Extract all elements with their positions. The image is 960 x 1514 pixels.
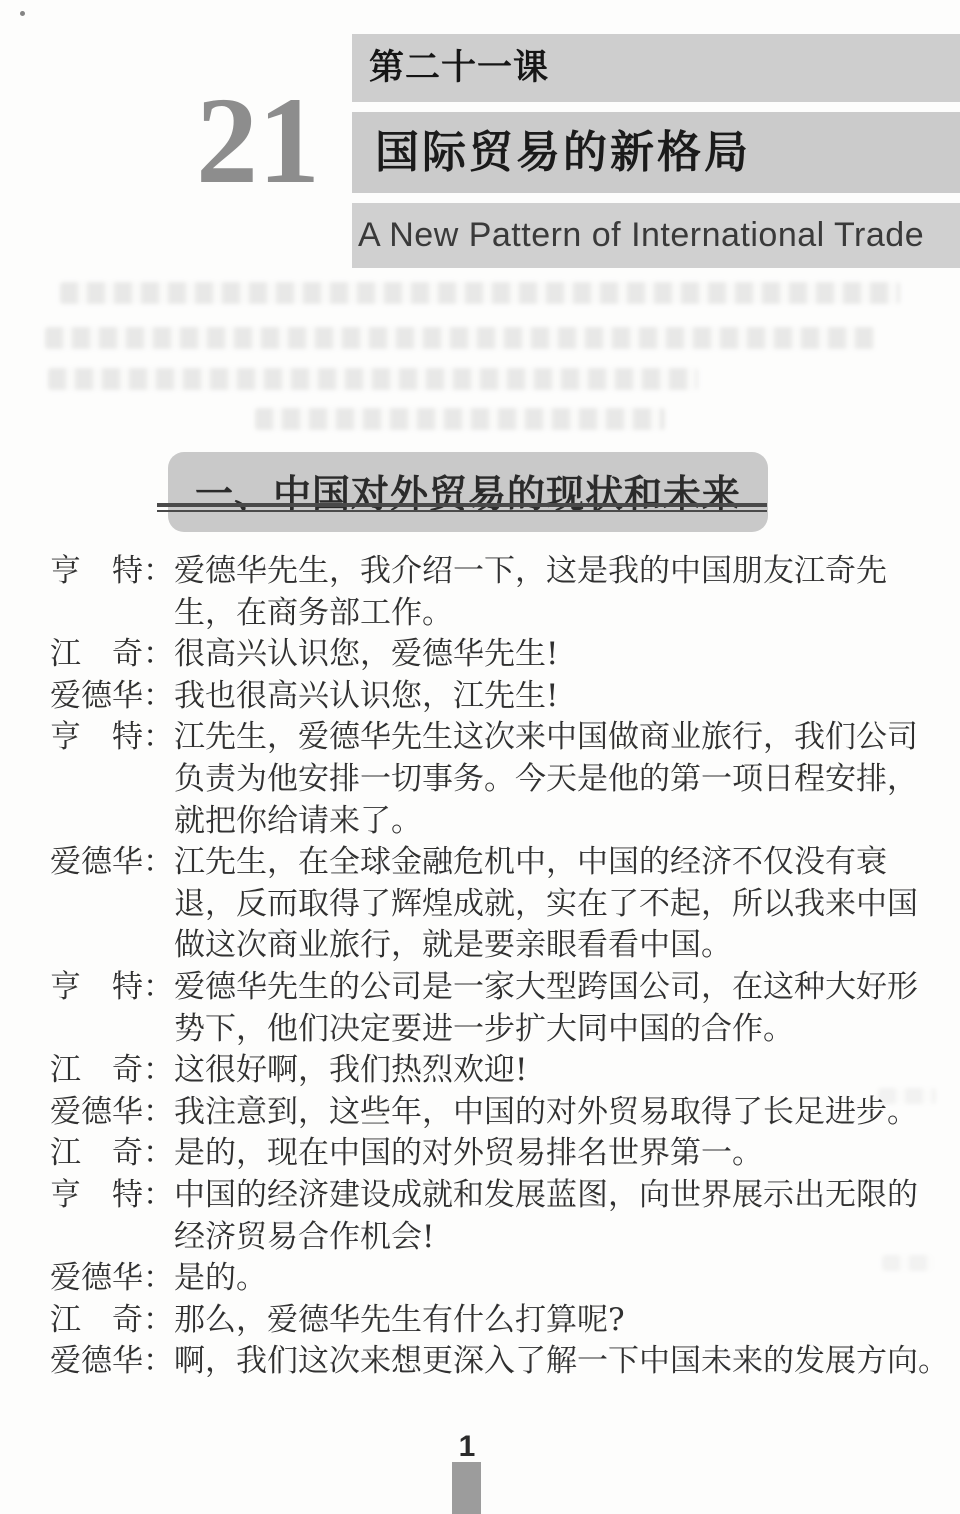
dialogue-line: 我也很高兴认识您，江先生! — [174, 676, 920, 718]
lesson-title-band: 国际贸易的新格局 — [352, 112, 960, 193]
dialogue-text: 亨 特： 爱德华先生，我介绍一下，这是我的中国朋友江奇先 生，在商务部工作。 江… — [50, 551, 920, 1383]
dialogue-entry: 江 奇： 那么，爱德华先生有什么打算呢? — [50, 1300, 920, 1342]
dialogue-line: 是的。 — [174, 1258, 920, 1300]
speaker-name: 江 奇： — [50, 1300, 174, 1342]
dialogue-line: 很高兴认识您，爱德华先生! — [174, 634, 920, 676]
speaker-name: 江 奇： — [50, 1050, 174, 1092]
dialogue-line: 中国的经济建设成就和发展蓝图，向世界展示出无限的 — [174, 1175, 920, 1217]
dialogue-entry: 江 奇： 这很好啊，我们热烈欢迎! — [50, 1050, 920, 1092]
lesson-title-en: A New Pattern of International Trade — [352, 203, 960, 268]
speaker-name: 爱德华： — [50, 1092, 174, 1134]
lesson-label: 第二十一课 — [352, 34, 960, 102]
dialogue-line: 就把你给请来了。 — [174, 801, 920, 843]
lesson-title-zh: 国际贸易的新格局 — [352, 112, 960, 193]
dialogue-line: 爱德华先生的公司是一家大型跨国公司，在这种大好形 — [174, 967, 920, 1009]
textbook-page: 第二十一课 21 国际贸易的新格局 A New Pattern of Inter… — [0, 0, 960, 1514]
dialogue-line: 势下，他们决定要进一步扩大同中国的合作。 — [174, 1009, 920, 1051]
dialogue-entry: 爱德华： 啊，我们这次来想更深入了解一下中国未来的发展方向。 — [50, 1341, 920, 1383]
lesson-number: 21 — [196, 79, 318, 203]
speaker-name: 爱德华： — [50, 676, 174, 718]
bleed-through-row — [48, 368, 698, 390]
dialogue-entry: 爱德华： 是的。 — [50, 1258, 920, 1300]
speaker-name: 亨 特： — [50, 551, 174, 593]
dialogue-line: 退，反而取得了辉煌成就，实在了不起，所以我来中国 — [174, 884, 920, 926]
dialogue-line: 我注意到，这些年，中国的对外贸易取得了长足进步。 — [174, 1092, 920, 1134]
speaker-name: 爱德华： — [50, 842, 174, 884]
dialogue-line: 江先生，在全球金融危机中，中国的经济不仅没有衰 — [174, 842, 920, 884]
dialogue-line: 爱德华先生，我介绍一下，这是我的中国朋友江奇先 — [174, 551, 920, 593]
dialogue-line: 负责为他安排一切事务。今天是他的第一项日程安排， — [174, 759, 920, 801]
dialogue-line: 江先生，爱德华先生这次来中国做商业旅行，我们公司 — [174, 717, 920, 759]
section-rule-thick — [157, 503, 767, 507]
footer-decoration-block — [452, 1462, 481, 1514]
dialogue-line: 啊，我们这次来想更深入了解一下中国未来的发展方向。 — [174, 1341, 920, 1383]
dialogue-entry: 亨 特： 江先生，爱德华先生这次来中国做商业旅行，我们公司 负责为他安排一切事务… — [50, 717, 920, 842]
bleed-through-row — [45, 327, 875, 349]
section-rule-thin — [157, 510, 767, 512]
bleed-through-row — [60, 282, 900, 304]
dialogue-line: 做这次商业旅行，就是要亲眼看看中国。 — [174, 925, 920, 967]
dialogue-entry: 亨 特： 爱德华先生的公司是一家大型跨国公司，在这种大好形 势下，他们决定要进一… — [50, 967, 920, 1050]
speaker-name: 亨 特： — [50, 717, 174, 759]
dialogue-line: 是的，现在中国的对外贸易排名世界第一。 — [174, 1133, 920, 1175]
dialogue-entry: 江 奇： 是的，现在中国的对外贸易排名世界第一。 — [50, 1133, 920, 1175]
scan-speck — [20, 11, 25, 16]
dialogue-entry: 爱德华： 我注意到，这些年，中国的对外贸易取得了长足进步。 — [50, 1092, 920, 1134]
dialogue-line: 这很好啊，我们热烈欢迎! — [174, 1050, 920, 1092]
dialogue-entry: 江 奇： 很高兴认识您，爱德华先生! — [50, 634, 920, 676]
section-heading-bar: 一、中国对外贸易的现状和未来 — [168, 452, 768, 532]
page-number: 1 — [437, 1430, 497, 1464]
dialogue-entry: 亨 特： 中国的经济建设成就和发展蓝图，向世界展示出无限的 经济贸易合作机会! — [50, 1175, 920, 1258]
dialogue-line: 那么，爱德华先生有什么打算呢? — [174, 1300, 920, 1342]
dialogue-entry: 爱德华： 我也很高兴认识您，江先生! — [50, 676, 920, 718]
dialogue-line: 生，在商务部工作。 — [174, 593, 920, 635]
speaker-name: 亨 特： — [50, 1175, 174, 1217]
lesson-label-band: 第二十一课 — [352, 34, 960, 102]
speaker-name: 爱德华： — [50, 1258, 174, 1300]
speaker-name: 江 奇： — [50, 634, 174, 676]
dialogue-entry: 爱德华： 江先生，在全球金融危机中，中国的经济不仅没有衰 退，反而取得了辉煌成就… — [50, 842, 920, 967]
speaker-name: 江 奇： — [50, 1133, 174, 1175]
lesson-subtitle-band: A New Pattern of International Trade — [352, 203, 960, 268]
dialogue-line: 经济贸易合作机会! — [174, 1217, 920, 1259]
dialogue-entry: 亨 特： 爱德华先生，我介绍一下，这是我的中国朋友江奇先 生，在商务部工作。 — [50, 551, 920, 634]
speaker-name: 亨 特： — [50, 967, 174, 1009]
bleed-through-row — [255, 408, 665, 430]
speaker-name: 爱德华： — [50, 1341, 174, 1383]
